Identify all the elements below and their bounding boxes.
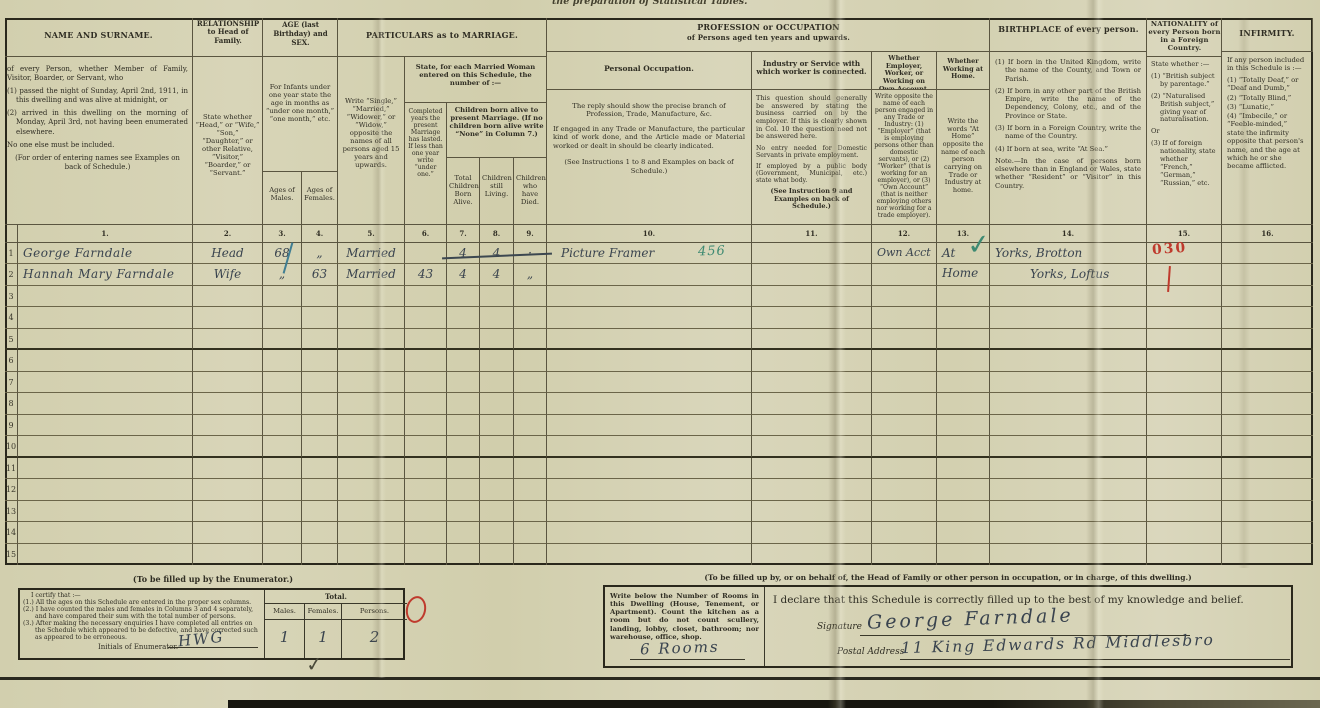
row-number: 2	[5, 264, 18, 285]
cell-at-home	[937, 307, 990, 328]
cell-industry	[752, 307, 872, 328]
cell-living	[480, 372, 514, 393]
colnum-11: 11.	[752, 225, 872, 243]
cell-name	[18, 479, 193, 500]
cell-at-home	[937, 350, 990, 371]
cell-age-m	[263, 286, 302, 307]
persons-total-value: 2	[342, 620, 407, 658]
cell-age-m	[263, 479, 302, 500]
row-number: 1	[5, 243, 18, 264]
cell-birthplace	[990, 415, 1147, 436]
cell-nationality	[1147, 501, 1222, 522]
cell-marital	[338, 501, 405, 522]
cell-died	[514, 307, 547, 328]
cell-employer	[872, 307, 937, 328]
cell-years	[405, 286, 447, 307]
cell-employer	[872, 286, 937, 307]
cell-died: „	[514, 264, 547, 285]
cell-marital	[338, 372, 405, 393]
cell-employer	[872, 350, 937, 371]
cell-relationship: Head	[193, 243, 263, 264]
cell-nationality	[1147, 458, 1222, 479]
cell-age-m	[263, 350, 302, 371]
cell-years	[405, 329, 447, 350]
cell-at-home	[937, 501, 990, 522]
col1-intro: of every Person, whether Member of Famil…	[7, 65, 188, 83]
top-note: the preparation of Statistical Tables.	[552, 0, 852, 7]
cell-nationality	[1147, 307, 1222, 328]
cell-occupation	[547, 544, 752, 565]
cell-name	[18, 458, 193, 479]
cell-at-home	[937, 329, 990, 350]
col12-title: Whether Employer, Worker, or Working on …	[872, 52, 937, 90]
cell-industry	[752, 522, 872, 543]
row-number: 3	[5, 286, 18, 307]
cell-living	[480, 458, 514, 479]
col1-note1: No one else must be included.	[7, 141, 188, 150]
cell-employer	[872, 264, 937, 285]
cell-industry	[752, 458, 872, 479]
ages-of-females-label: Ages of Females.	[302, 172, 338, 225]
col9-label: Children who have Died.	[514, 158, 547, 225]
row-number: 12	[5, 479, 18, 500]
entries-grid: 1George FarndaleHead68„Married44·Picture…	[5, 243, 1313, 565]
cell-marital	[338, 350, 405, 371]
persons-label: Persons.	[342, 604, 407, 620]
cell-occupation	[547, 501, 752, 522]
cell-living	[480, 479, 514, 500]
cell-died	[514, 329, 547, 350]
cell-age-f	[302, 393, 338, 414]
colnum-2: 2.	[193, 225, 263, 243]
cell-employer	[872, 372, 937, 393]
infirmity-title: INFIRMITY.	[1222, 18, 1313, 52]
colnum-4: 4.	[302, 225, 338, 243]
cell-age-f	[302, 458, 338, 479]
cell-marital	[338, 458, 405, 479]
colnum-6: 6.	[405, 225, 447, 243]
signature-value: George Farndale	[867, 604, 1074, 633]
cell-born: 4	[447, 264, 480, 285]
row-number: 7	[5, 372, 18, 393]
col7-label: Total Children Born Alive.	[447, 158, 480, 225]
col16-i2: (2) “Totally Blind,”	[1227, 94, 1308, 102]
next-page-edge	[228, 700, 1320, 708]
cell-marital	[338, 307, 405, 328]
cell-birthplace	[990, 458, 1147, 479]
cell-marital	[338, 286, 405, 307]
row-number: 10	[5, 436, 18, 457]
cell-infirmity	[1222, 350, 1313, 371]
householder-box: Write below the Number of Rooms in this …	[603, 585, 1293, 668]
at-home-tick-mark: ✓	[965, 227, 992, 262]
cell-years	[405, 372, 447, 393]
col14-instructions-box: (1) If born in the United Kingdom, write…	[990, 52, 1147, 225]
rooms-value: 6 Rooms	[640, 638, 720, 659]
cell-years	[405, 544, 447, 565]
cell-born	[447, 372, 480, 393]
cell-marital	[338, 522, 405, 543]
cell-relationship	[193, 393, 263, 414]
cell-industry	[752, 243, 872, 264]
cell-age-f	[302, 479, 338, 500]
cell-occupation	[547, 350, 752, 371]
col14-i2: (2) If born in any other part of the Bri…	[995, 87, 1141, 120]
cell-birthplace	[990, 307, 1147, 328]
cell-nationality	[1147, 436, 1222, 457]
total-label: Total.	[265, 590, 407, 604]
gutter-number-cell	[5, 225, 18, 243]
cell-industry	[752, 264, 872, 285]
cell-name	[18, 436, 193, 457]
cell-living	[480, 350, 514, 371]
cell-employer: Own Acct	[872, 243, 937, 264]
col10-instructions-box: The reply should show the precise branch…	[547, 90, 752, 225]
colnum-3: 3.	[263, 225, 302, 243]
col16-instructions-box: If any person included in this Schedule …	[1222, 52, 1313, 225]
cell-marital	[338, 393, 405, 414]
cell-living	[480, 501, 514, 522]
cell-marital	[338, 436, 405, 457]
cell-birthplace	[990, 436, 1147, 457]
cell-employer	[872, 501, 937, 522]
cell-name	[18, 544, 193, 565]
marriage-group-head: State, for each Married Woman entered on…	[405, 57, 547, 103]
colnum-1: 1.	[18, 225, 193, 243]
cell-infirmity	[1222, 372, 1313, 393]
cell-occupation	[547, 436, 752, 457]
cell-relationship	[193, 286, 263, 307]
cell-age-f	[302, 415, 338, 436]
cell-died	[514, 458, 547, 479]
cell-name	[18, 286, 193, 307]
certify-3: (3.) After making the necessary enquirie…	[23, 620, 261, 641]
address-line	[900, 659, 1290, 660]
bottom-rule	[0, 677, 1320, 680]
col15-i1: (1) “British subject by parentage.”	[1151, 73, 1217, 89]
row-number: 8	[5, 393, 18, 414]
cell-infirmity	[1222, 415, 1313, 436]
cell-employer	[872, 544, 937, 565]
children-group-head: Children born alive to present Marriage.…	[447, 103, 547, 158]
cell-years	[405, 522, 447, 543]
cell-born	[447, 544, 480, 565]
col16-i4: (4) “Imbecile,” or “Feeble-minded,”	[1227, 112, 1308, 128]
cell-birthplace	[990, 393, 1147, 414]
col15-instructions-box: State whether :— (1) “British subject by…	[1147, 57, 1222, 225]
colnum-16: 16.	[1222, 225, 1313, 243]
census-schedule-page: the preparation of Statistical Tables. N…	[0, 0, 1320, 708]
cell-relationship	[193, 544, 263, 565]
cell-age-f	[302, 436, 338, 457]
cell-born	[447, 286, 480, 307]
cell-occupation	[547, 307, 752, 328]
col16-i1: (1) “Totally Deaf,” or “Deaf and Dumb,”	[1227, 76, 1308, 92]
cell-living	[480, 286, 514, 307]
col11-instructions-box: This question should generally be answer…	[752, 90, 872, 225]
cell-living	[480, 329, 514, 350]
cell-infirmity	[1222, 286, 1313, 307]
cell-relationship	[193, 329, 263, 350]
cell-infirmity	[1222, 522, 1313, 543]
cell-at-home	[937, 522, 990, 543]
cell-marital: Married	[338, 264, 405, 285]
cell-occupation	[547, 372, 752, 393]
cell-at-home	[937, 458, 990, 479]
cell-employer	[872, 522, 937, 543]
row-number: 4	[5, 307, 18, 328]
cell-years	[405, 243, 447, 264]
cell-age-m	[263, 415, 302, 436]
row-number: 15	[5, 544, 18, 565]
age-instructions: For Infants under one year state the age…	[263, 57, 338, 172]
cell-nationality	[1147, 286, 1222, 307]
householder-section-label: (To be filled up by, or on behalf of, th…	[603, 573, 1293, 582]
cell-relationship	[193, 479, 263, 500]
cell-infirmity	[1222, 329, 1313, 350]
col11-p3: If employed by a public body (Government…	[756, 163, 867, 184]
col15-i3: (3) If of foreign nationality, state whe…	[1151, 140, 1217, 187]
cell-died	[514, 479, 547, 500]
cell-relationship	[193, 372, 263, 393]
col10-title: Personal Occupation.	[547, 52, 752, 90]
col14-i4: (4) If born at sea, write “At Sea.”	[995, 145, 1141, 153]
cell-industry	[752, 372, 872, 393]
cell-relationship	[193, 415, 263, 436]
row-number: 5	[5, 329, 18, 350]
occupation-code-annotation: 456	[698, 244, 726, 260]
col1-item2: (2) arrived in this dwelling on the morn…	[7, 109, 188, 136]
certify-1: (1.) All the ages on this Schedule are e…	[23, 599, 261, 606]
cell-years	[405, 393, 447, 414]
cell-died	[514, 372, 547, 393]
colnum-9: 9.	[514, 225, 547, 243]
cell-at-home	[937, 393, 990, 414]
col1-item1: (1) passed the night of Sunday, April 2n…	[7, 87, 188, 105]
col15-s0: State whether :—	[1151, 61, 1217, 69]
cell-infirmity	[1222, 501, 1313, 522]
col10-p3: (See Instructions 1 to 8 and Examples on…	[553, 158, 745, 175]
cell-industry	[752, 436, 872, 457]
cell-age-m	[263, 329, 302, 350]
cell-years	[405, 458, 447, 479]
cell-age-f	[302, 544, 338, 565]
col16-tail: state the infirmity opposite that person…	[1227, 129, 1308, 170]
cell-industry	[752, 393, 872, 414]
cell-born: 4	[447, 243, 480, 264]
rooms-box: Write below the Number of Rooms in this …	[605, 587, 765, 666]
cell-born	[447, 522, 480, 543]
enumerator-box: I certify that :— (1.) All the ages on t…	[18, 588, 405, 660]
colnum-7: 7.	[447, 225, 480, 243]
cell-died	[514, 436, 547, 457]
cell-infirmity	[1222, 436, 1313, 457]
cell-nationality	[1147, 372, 1222, 393]
initials-label: Initials of Enumerator.	[98, 643, 178, 651]
cell-industry	[752, 350, 872, 371]
cell-died	[514, 522, 547, 543]
cell-age-m	[263, 372, 302, 393]
cell-industry	[752, 544, 872, 565]
cell-born	[447, 415, 480, 436]
cell-name	[18, 372, 193, 393]
col13-instructions: Write the words “At Home” opposite the n…	[937, 90, 990, 225]
col16-i3: (3) “Lunatic,”	[1227, 103, 1308, 111]
cell-relationship	[193, 522, 263, 543]
cell-at-home	[937, 372, 990, 393]
cell-nationality	[1147, 522, 1222, 543]
cell-died	[514, 501, 547, 522]
cell-nationality	[1147, 350, 1222, 371]
cell-years: 43	[405, 264, 447, 285]
cell-born	[447, 458, 480, 479]
cell-nationality	[1147, 544, 1222, 565]
cell-employer	[872, 436, 937, 457]
cell-name	[18, 329, 193, 350]
row-number: 9	[5, 415, 18, 436]
cell-industry	[752, 286, 872, 307]
enumerator-check-mark: ✓	[305, 651, 324, 677]
cell-occupation	[547, 329, 752, 350]
cell-employer	[872, 415, 937, 436]
cell-industry	[752, 415, 872, 436]
cell-occupation	[547, 415, 752, 436]
cell-age-m	[263, 393, 302, 414]
cell-born	[447, 329, 480, 350]
cell-birthplace	[990, 350, 1147, 371]
cell-years	[405, 415, 447, 436]
cell-age-f	[302, 286, 338, 307]
col14-i3: (3) If born in a Foreign Country, write …	[995, 124, 1141, 141]
marriage-title: PARTICULARS as to MARRIAGE.	[338, 18, 547, 57]
col2-instructions: State whether “Head,” or “Wife,” “Son,” …	[193, 57, 263, 225]
cell-name: Hannah Mary Farndale	[18, 264, 193, 285]
row-number: 13	[5, 501, 18, 522]
enumerator-section-label: (To be filled up by the Enumerator.)	[18, 574, 408, 584]
cell-birthplace	[990, 372, 1147, 393]
cell-nationality	[1147, 264, 1222, 285]
birthplace-title: BIRTHPLACE of every person.	[990, 25, 1147, 35]
cell-marital	[338, 479, 405, 500]
col11-p2: No entry needed for Domestic Servants in…	[756, 145, 867, 159]
cell-age-m	[263, 544, 302, 565]
cell-died	[514, 286, 547, 307]
cell-age-m	[263, 458, 302, 479]
ages-of-males-label: Ages of Males.	[263, 172, 302, 225]
cell-living	[480, 307, 514, 328]
males-label: Males.	[265, 604, 305, 620]
cell-name	[18, 415, 193, 436]
cell-nationality	[1147, 329, 1222, 350]
cell-infirmity	[1222, 479, 1313, 500]
cell-age-m	[263, 501, 302, 522]
cell-name	[18, 307, 193, 328]
profession-subtitle: of Persons aged ten years and upwards.	[547, 34, 990, 42]
cell-relationship: Wife	[193, 264, 263, 285]
col14-i1: (1) If born in the United Kingdom, write…	[995, 58, 1141, 83]
cell-at-home	[937, 415, 990, 436]
cell-living: 4	[480, 264, 514, 285]
cell-birthplace: Yorks, Loftus	[990, 264, 1147, 285]
cell-age-f: 63	[302, 264, 338, 285]
col1-instructions-box: of every Person, whether Member of Famil…	[5, 57, 193, 225]
row-number: 14	[5, 522, 18, 543]
col8-label: Children still Living.	[480, 158, 514, 225]
cell-occupation	[547, 458, 752, 479]
cell-infirmity	[1222, 458, 1313, 479]
cell-employer	[872, 393, 937, 414]
cell-marital: Married	[338, 243, 405, 264]
cell-name	[18, 501, 193, 522]
cell-age-m: 68	[263, 243, 302, 264]
cell-age-f	[302, 501, 338, 522]
cell-relationship	[193, 307, 263, 328]
cell-birthplace	[990, 501, 1147, 522]
cell-born	[447, 350, 480, 371]
cell-living	[480, 522, 514, 543]
rooms-line	[630, 659, 745, 660]
cell-industry	[752, 329, 872, 350]
cell-nationality	[1147, 415, 1222, 436]
cell-living	[480, 393, 514, 414]
col5-instructions: Write “Single,” “Married,” “Widower,” or…	[338, 57, 405, 225]
cell-at-home	[937, 436, 990, 457]
enumerator-certify-box: I certify that :— (1.) All the ages on t…	[20, 590, 265, 658]
col15-i2: (2) “Naturalised British subject,” givin…	[1151, 93, 1217, 125]
col14-note: Note.—In the case of persons born elsewh…	[995, 157, 1141, 190]
age-title: AGE (last Birthday) and SEX.	[263, 21, 338, 47]
cell-age-f	[302, 350, 338, 371]
cell-age-f	[302, 522, 338, 543]
cell-years	[405, 436, 447, 457]
cell-birthplace: Yorks, Brotton	[990, 243, 1147, 264]
cell-years	[405, 479, 447, 500]
col6-instructions: Completed years the present Marriage has…	[405, 103, 447, 225]
nationality-title: NATIONALITY of every Person born in a Fo…	[1147, 20, 1222, 53]
cell-age-m	[263, 436, 302, 457]
certify-intro: I certify that :—	[31, 592, 261, 599]
col16-s0: If any person included in this Schedule …	[1227, 56, 1308, 72]
col12-instructions: Write opposite the name of each person e…	[872, 90, 937, 225]
cell-employer	[872, 329, 937, 350]
cell-marital	[338, 329, 405, 350]
cell-occupation	[547, 522, 752, 543]
colnum-8: 8.	[480, 225, 514, 243]
cell-age-f	[302, 307, 338, 328]
cell-born	[447, 393, 480, 414]
colnum-14: 14.	[990, 225, 1147, 243]
cell-age-m	[263, 522, 302, 543]
cell-relationship	[193, 501, 263, 522]
cell-age-m: „	[263, 264, 302, 285]
cell-industry	[752, 479, 872, 500]
nationality-code-annotation: 030	[1151, 240, 1187, 258]
cell-age-f	[302, 372, 338, 393]
cell-age-f: „	[302, 243, 338, 264]
cell-relationship	[193, 458, 263, 479]
cell-infirmity	[1222, 264, 1313, 285]
col15-or: Or	[1151, 128, 1217, 136]
cell-marital	[338, 415, 405, 436]
col11-p4: (See Instruction 9 and Examples on back …	[756, 188, 867, 211]
cell-born	[447, 436, 480, 457]
colnum-10: 10.	[547, 225, 752, 243]
cell-relationship	[193, 350, 263, 371]
cell-born	[447, 479, 480, 500]
cell-industry	[752, 501, 872, 522]
declaration-text: I declare that this Schedule is correctl…	[773, 594, 1288, 606]
row-number: 11	[5, 458, 18, 479]
